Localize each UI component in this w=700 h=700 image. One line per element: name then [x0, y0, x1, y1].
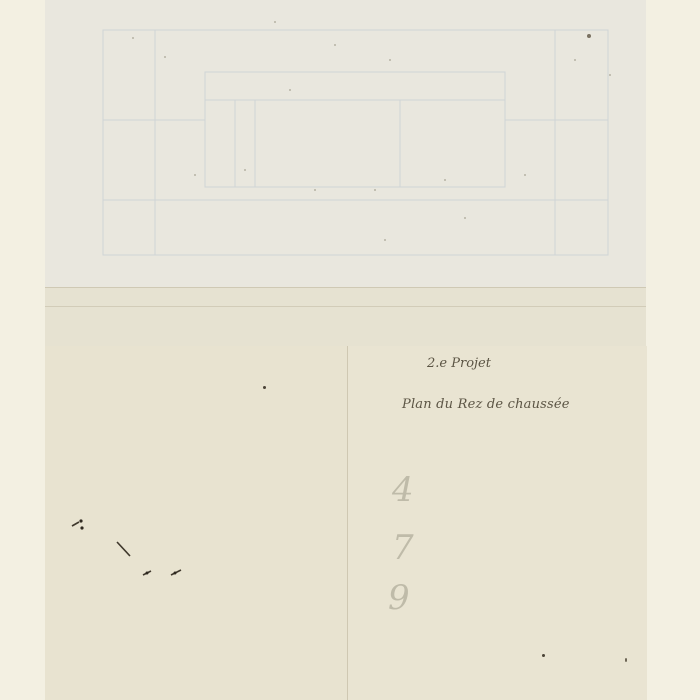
project-label: 2.e Projet: [427, 356, 491, 371]
plan-title: Plan du Rez de chaussée: [402, 397, 570, 412]
pencil-number: 4: [392, 470, 414, 510]
faint-floor-plan-drawing: [45, 0, 646, 287]
upper-panel-floor-plan: [45, 0, 646, 287]
folded-strip: [45, 287, 646, 347]
pencil-number: 9: [388, 578, 410, 618]
strip-rule: [45, 306, 646, 307]
pencil-number: 7: [392, 528, 414, 568]
ink-spot: [542, 654, 545, 657]
ink-marks: [45, 346, 347, 700]
drawing-sheet: [45, 0, 646, 700]
ink-mark: [625, 658, 627, 662]
lower-left-panel: [45, 346, 347, 700]
